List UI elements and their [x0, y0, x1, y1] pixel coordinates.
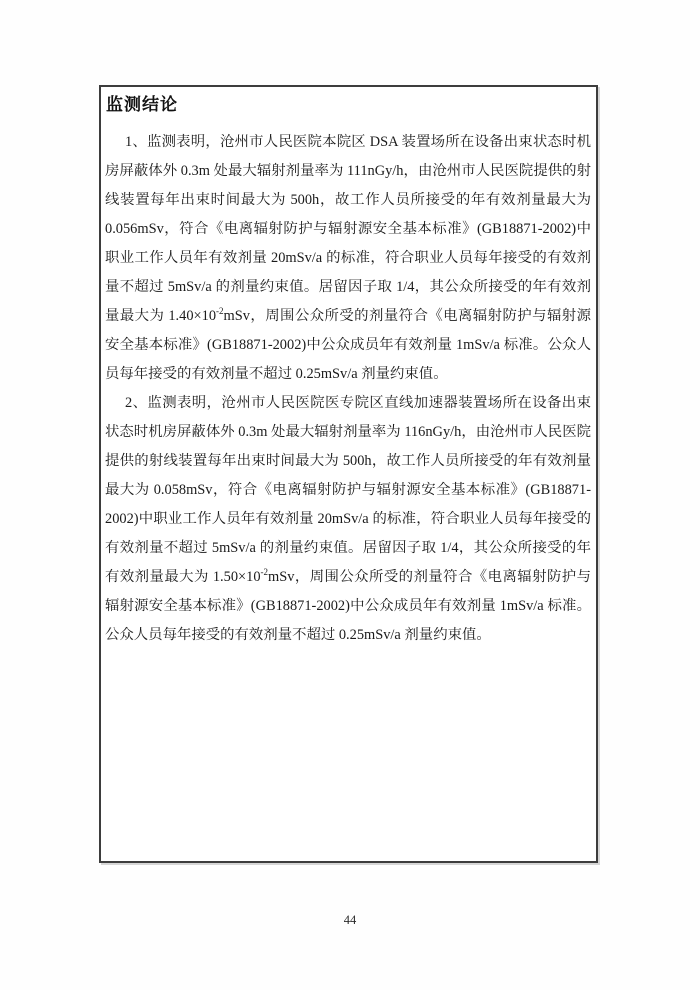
paragraph-2: 2、监测表明，沧州市人民医院医专院区直线加速器装置场所在设备出束状态时机房屏蔽体…: [105, 389, 591, 650]
page-number: 44: [0, 913, 700, 928]
paragraph-1: 1、监测表明，沧州市人民医院本院区 DSA 装置场所在设备出束状态时机房屏蔽体外…: [105, 128, 591, 389]
monitoring-conclusion-box: 监测结论 1、监测表明，沧州市人民医院本院区 DSA 装置场所在设备出束状态时机…: [99, 85, 598, 863]
section-title: 监测结论: [106, 93, 591, 117]
paragraph-2-text-a: 2、监测表明，沧州市人民医院医专院区直线加速器装置场所在设备出束状态时机房屏蔽体…: [105, 395, 591, 585]
document-page: 监测结论 1、监测表明，沧州市人民医院本院区 DSA 装置场所在设备出束状态时机…: [0, 0, 700, 990]
paragraph-1-text-a: 1、监测表明，沧州市人民医院本院区 DSA 装置场所在设备出束状态时机房屏蔽体外…: [105, 134, 591, 324]
paragraph-1-superscript: -2: [216, 306, 224, 316]
paragraph-2-superscript: -2: [261, 567, 269, 577]
